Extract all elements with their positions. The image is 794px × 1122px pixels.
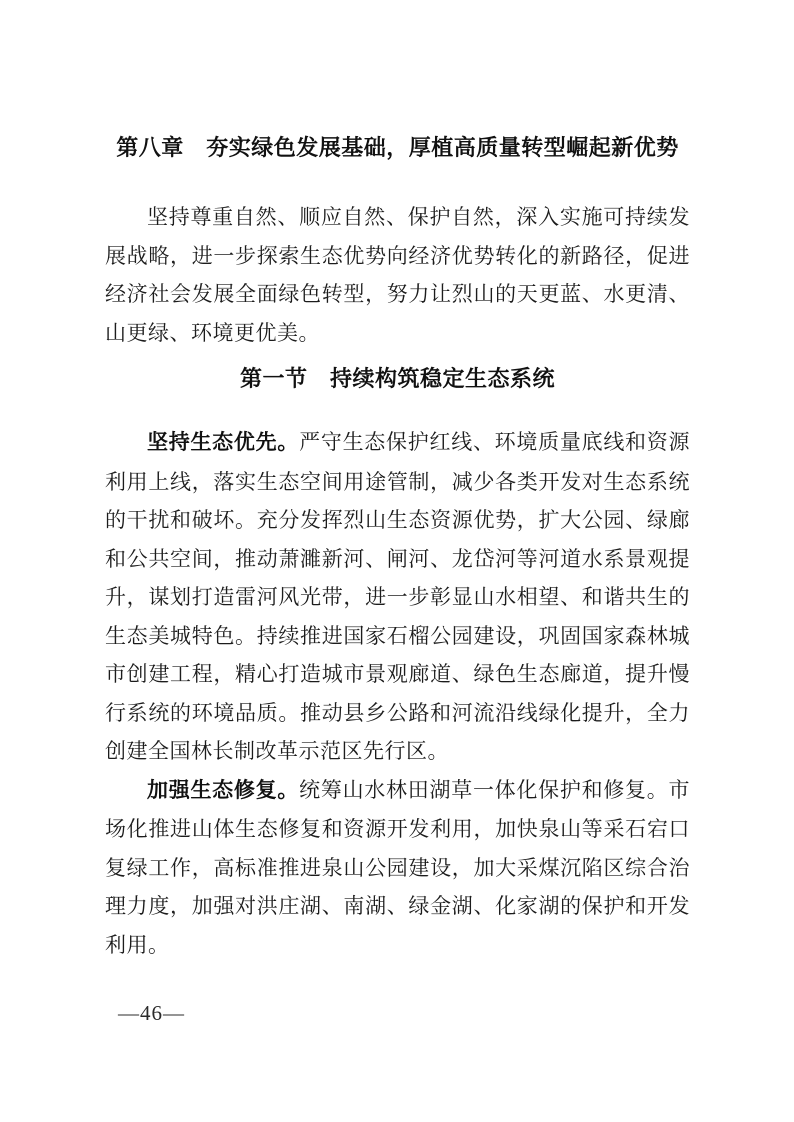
chapter-title: 第八章 夯实绿色发展基础，厚植高质量转型崛起新优势 (105, 130, 690, 166)
paragraph-ecology-priority: 坚持生态优先。严守生态保护红线、环境质量底线和资源利用上线，落实生态空间用途管制… (105, 423, 690, 771)
document-page: 第八章 夯实绿色发展基础，厚植高质量转型崛起新优势 坚持尊重自然、顺应自然、保护… (0, 0, 794, 1122)
paragraph-lead: 加强生态修复。 (147, 779, 299, 802)
paragraph-lead: 坚持生态优先。 (147, 431, 299, 454)
paragraph-ecology-restoration: 加强生态修复。统筹山水林田湖草一体化保护和修复。市场化推进山体生态修复和资源开发… (105, 771, 690, 965)
section-title: 第一节 持续构筑稳定生态系统 (105, 360, 690, 398)
document-content: 第八章 夯实绿色发展基础，厚植高质量转型崛起新优势 坚持尊重自然、顺应自然、保护… (0, 130, 794, 964)
intro-paragraph: 坚持尊重自然、顺应自然、保护自然，深入实施可持续发展战略，进一步探索生态优势向经… (105, 198, 690, 352)
paragraph-body: 统筹山水林田湖草一体化保护和修复。市场化推进山体生态修复和资源开发利用，加快泉山… (105, 778, 690, 957)
paragraph-body: 严守生态保护红线、环境质量底线和资源利用上线，落实生态空间用途管制，减少各类开发… (105, 430, 690, 763)
page-number: —46— (118, 1000, 185, 1026)
